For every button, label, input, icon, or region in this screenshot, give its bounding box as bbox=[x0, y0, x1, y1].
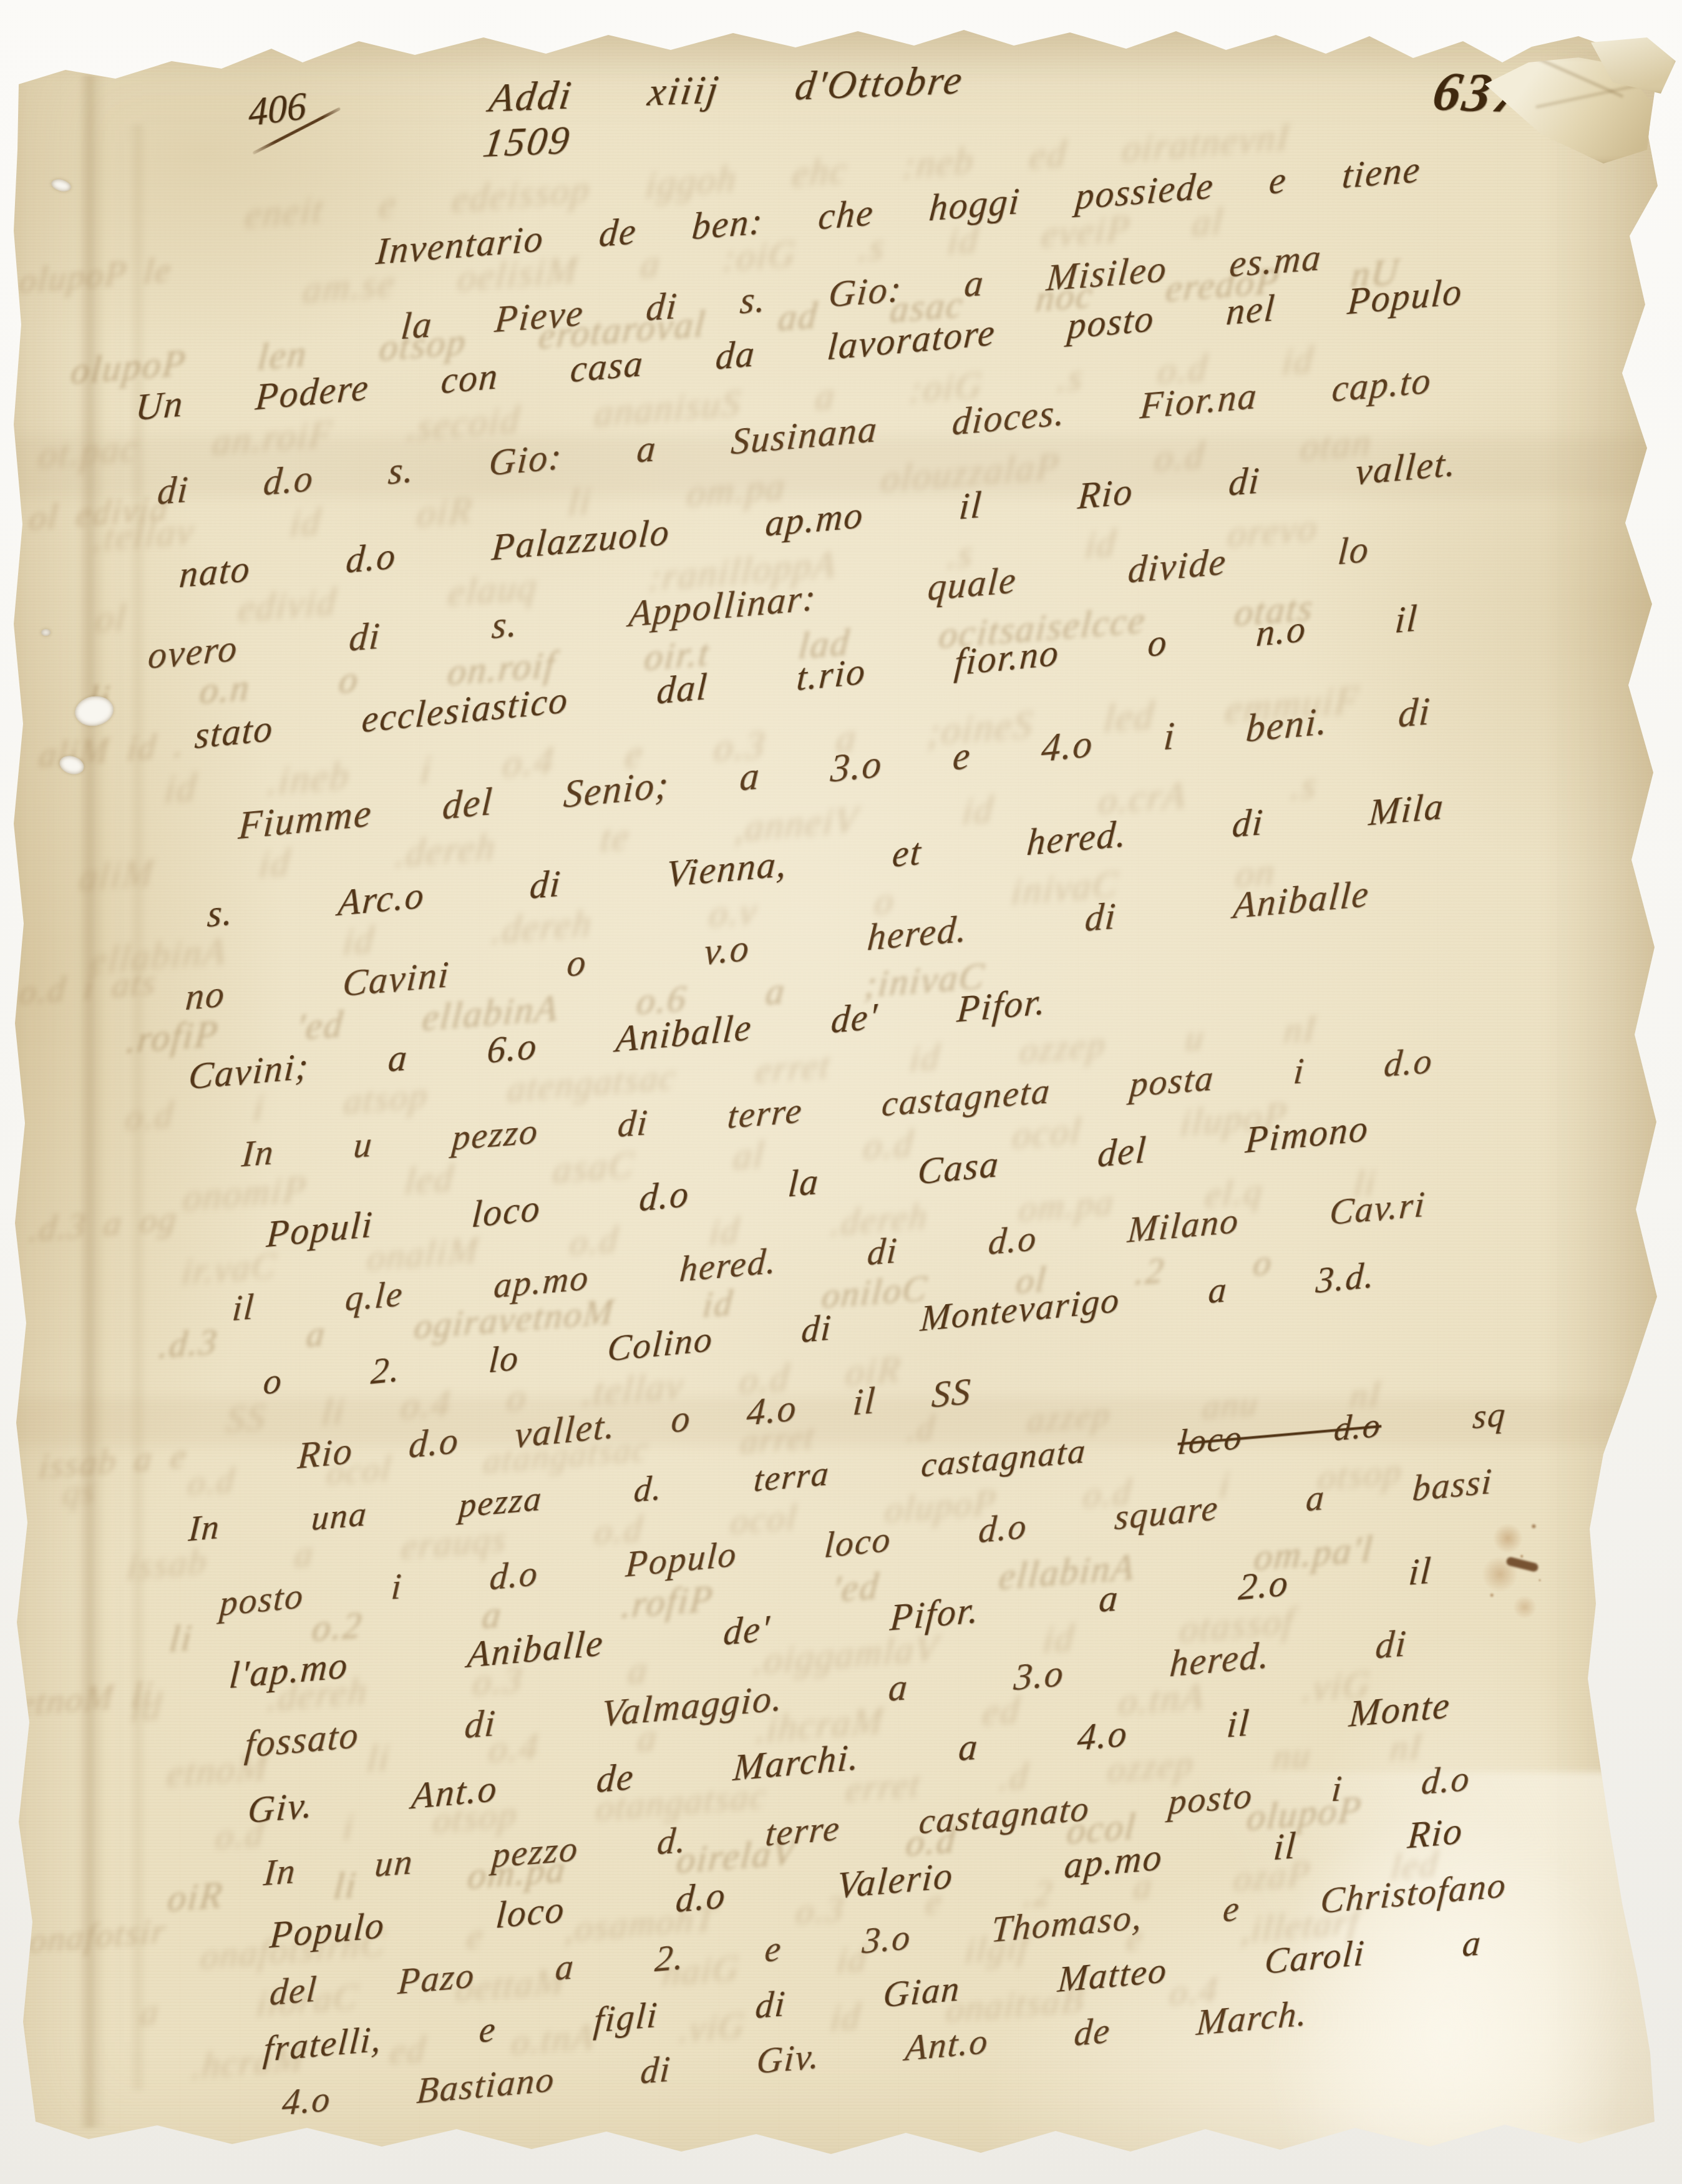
ink-text-layer: 406 Addi xiiij d'Ottobre 1509 637 Invent… bbox=[0, 0, 1682, 2184]
folio-number-left: 406 bbox=[248, 85, 307, 135]
worm-hole bbox=[41, 629, 51, 636]
folio-number-left-value: 406 bbox=[248, 85, 307, 135]
manuscript-page: eneit e edeissop iggoh ehc :neb ed oirat… bbox=[0, 0, 1682, 2184]
strikethrough-text: loco d.o bbox=[1177, 1405, 1383, 1462]
header-date: Addi xiiij d'Ottobre 1509 bbox=[480, 57, 966, 165]
scanned-manuscript: eneit e edeissop iggoh ehc :neb ed oirat… bbox=[0, 0, 1682, 2184]
